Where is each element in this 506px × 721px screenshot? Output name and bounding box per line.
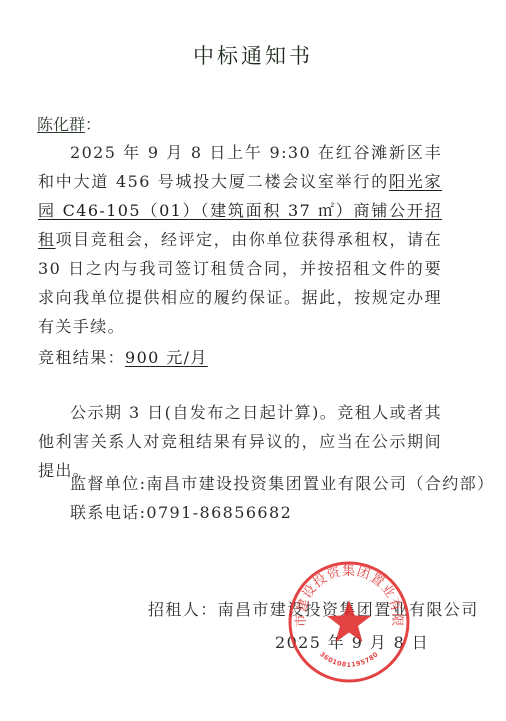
supervisor-line: 监督单位:南昌市建设投资集团置业有限公司（合约部） — [70, 471, 494, 494]
award-text-after: 项目竞租会，经评定，由你单位获得承租权，请在 30 日之内与我司签订租赁合同，并… — [38, 230, 442, 336]
bid-result: 竞租结果：900 元/月 — [38, 345, 218, 368]
salutation: 陈化群： — [37, 112, 101, 135]
salutation-colon: ： — [85, 115, 101, 134]
document-page: 中标通知书 陈化群： 2025 年 9 月 8 日上午 9:30 在红谷滩新区丰… — [0, 0, 506, 721]
svg-text:3601081195780: 3601081195780 — [318, 650, 380, 669]
award-text-before: 2025 年 9 月 8 日上午 9:30 在红谷滩新区丰和中大道 456 号城… — [38, 143, 442, 191]
bid-result-value: 900 元/月 — [125, 348, 218, 367]
company-seal-icon: 南昌市建设投资集团置业有限公司 3601081195780 — [287, 560, 411, 684]
publicity-text: 公示期 3 日(自发布之日起计算)。竞租人或者其他利害关系人对竞租结果有异议的，… — [38, 403, 442, 480]
document-title: 中标通知书 — [0, 40, 506, 70]
phone-line: 联系电话:0791-86856682 — [70, 500, 292, 523]
recipient-name: 陈化群 — [37, 115, 85, 134]
award-paragraph: 2025 年 9 月 8 日上午 9:30 在红谷滩新区丰和中大道 456 号城… — [38, 138, 442, 341]
seal-number: 3601081195780 — [318, 650, 380, 669]
bid-result-label: 竞租结果： — [38, 348, 125, 367]
